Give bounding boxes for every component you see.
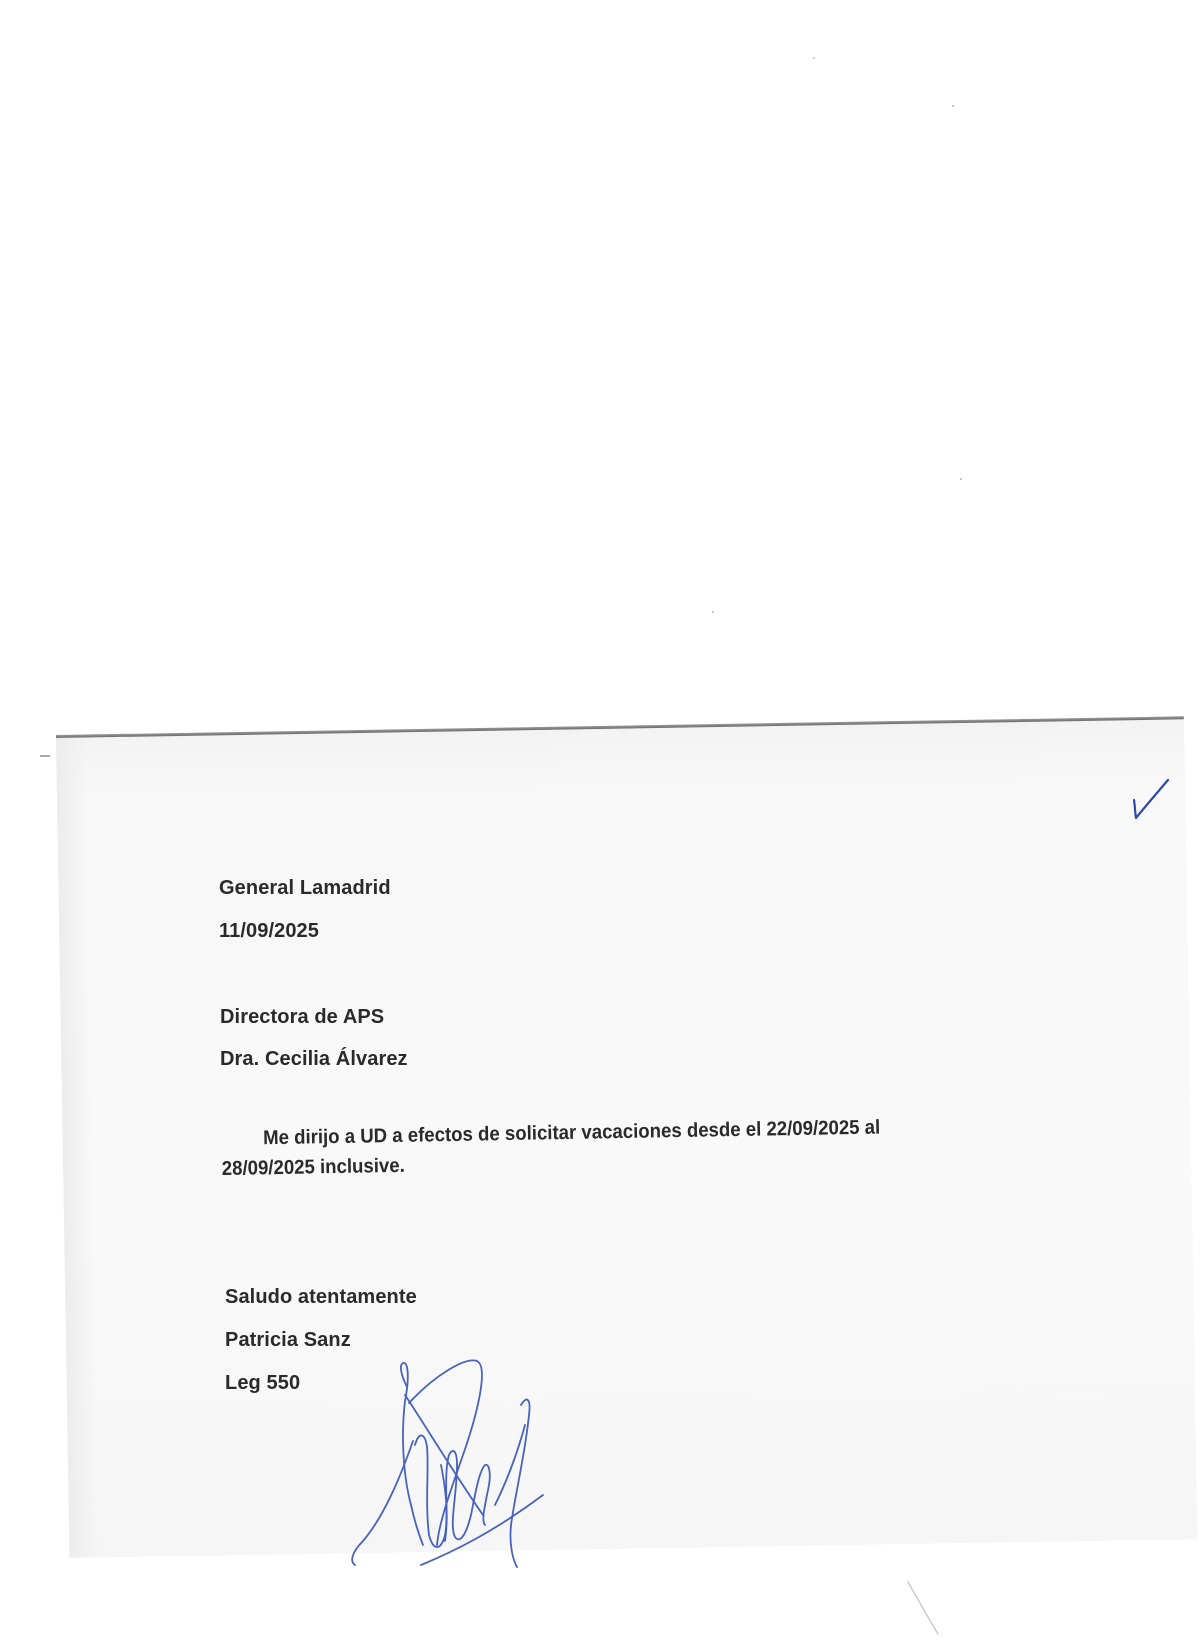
sender-name: Patricia Sanz: [225, 1329, 351, 1352]
file-number: Leg 550: [225, 1372, 300, 1395]
checkmark-icon: [1128, 776, 1172, 822]
dust-speck: [952, 105, 954, 107]
place: General Lamadrid: [219, 877, 391, 900]
recipient-name: Dra. Cecilia Álvarez: [220, 1048, 408, 1071]
body-line-2: 28/09/2025 inclusive.: [222, 1155, 405, 1180]
body-paragraph: Me dirijo a UD a efectos de solicitar va…: [221, 1111, 947, 1184]
stray-mark: [900, 1578, 950, 1638]
date: 11/09/2025: [219, 920, 319, 943]
closing: Saludo atentamente: [225, 1286, 417, 1309]
scanner-edge-mark: [40, 755, 50, 757]
dust-speck: [813, 57, 815, 59]
recipient-title: Directora de APS: [220, 1006, 384, 1029]
dust-speck: [960, 478, 962, 480]
signature: [345, 1355, 555, 1575]
dust-speck: [712, 611, 714, 613]
